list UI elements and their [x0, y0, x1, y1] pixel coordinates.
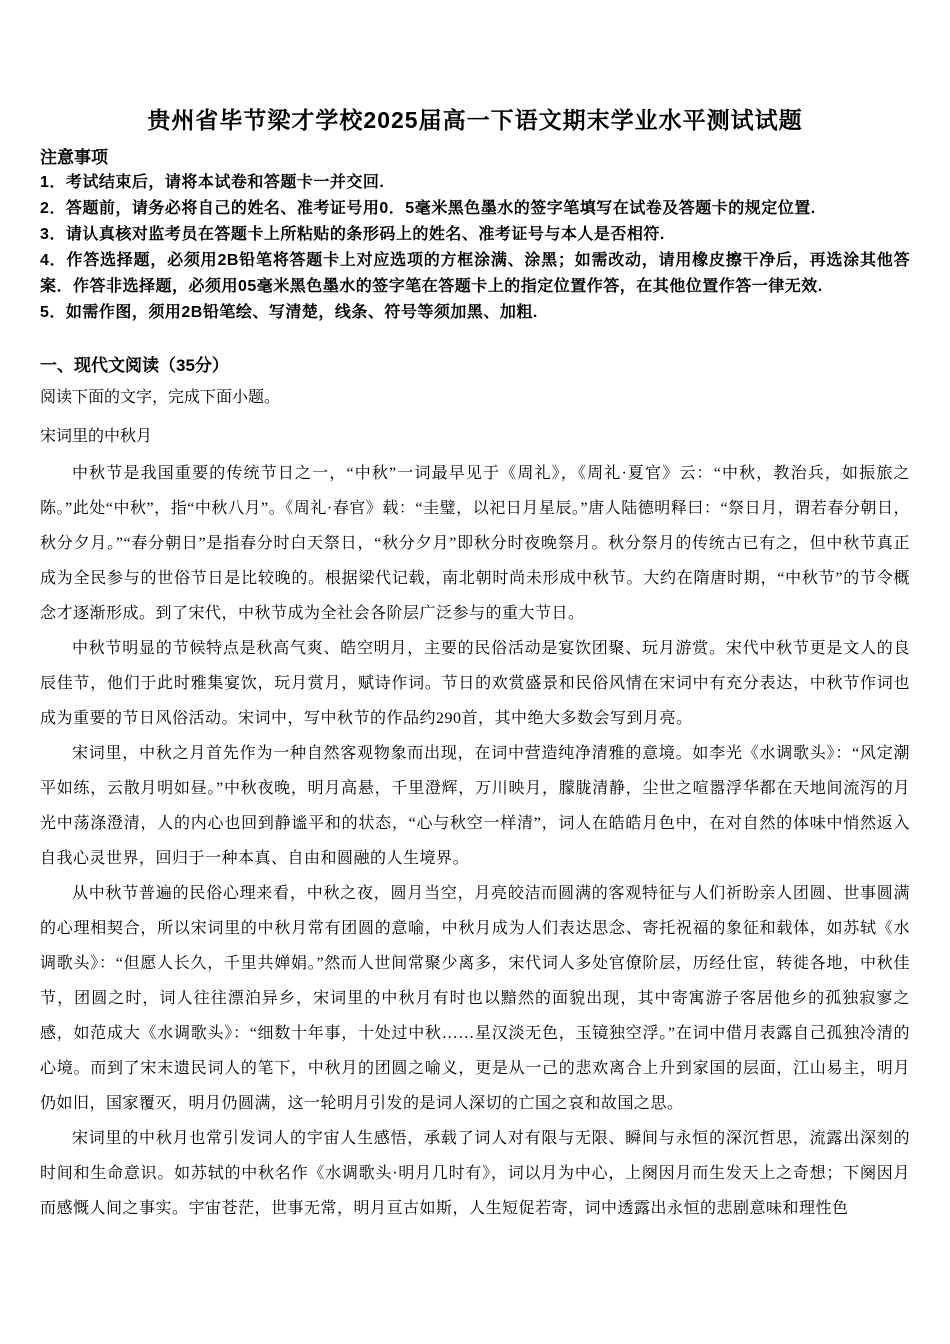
passage-body: 中秋节是我国重要的传统节日之一，“中秋”一词最早见于《周礼》，《周礼·夏官》云：…	[40, 456, 910, 1226]
passage-paragraph: 从中秋节普遍的民俗心理来看，中秋之夜，圆月当空，月亮皎洁而圆满的客观特征与人们祈…	[40, 876, 910, 1121]
notice-item: 3．请认真核对监考员在答题卡上所粘贴的条形码上的姓名、准考证号与本人是否相符.	[40, 222, 910, 248]
page-title: 贵州省毕节梁才学校2025届高一下语文期末学业水平测试试题	[40, 104, 910, 136]
passage-paragraph: 宋词里的中秋月也常引发词人的宇宙人生感悟，承载了词人对有限与无限、瞬间与永恒的深…	[40, 1121, 910, 1226]
passage-title: 宋词里的中秋月	[40, 426, 910, 448]
passage-paragraph: 宋词里，中秋之月首先作为一种自然客观物象而出现，在词中营造纯净清雅的意境。如李光…	[40, 736, 910, 876]
passage-paragraph: 中秋节是我国重要的传统节日之一，“中秋”一词最早见于《周礼》，《周礼·夏官》云：…	[40, 456, 910, 631]
notice-list: 1．考试结束后，请将本试卷和答题卡一并交回. 2．答题前，请务必将自己的姓名、准…	[40, 170, 910, 326]
passage-paragraph: 中秋节明显的节候特点是秋高气爽、皓空明月，主要的民俗活动是宴饮团聚、玩月游赏。宋…	[40, 631, 910, 736]
notice-item: 2．答题前，请务必将自己的姓名、准考证号用0．5毫米黑色墨水的签字笔填写在试卷及…	[40, 196, 910, 222]
reading-instruction: 阅读下面的文字，完成下面小题。	[40, 384, 910, 412]
notice-item: 5．如需作图，须用2B铅笔绘、写清楚，线条、符号等须加黑、加粗.	[40, 300, 910, 326]
notice-item: 4．作答选择题，必须用2B铅笔将答题卡上对应选项的方框涂满、涂黑；如需改动，请用…	[40, 248, 910, 300]
exam-paper-page: 贵州省毕节梁才学校2025届高一下语文期末学业水平测试试题 注意事项 1．考试结…	[0, 0, 950, 1344]
section-heading: 一、现代文阅读（35分）	[40, 354, 910, 378]
notice-heading: 注意事项	[40, 146, 910, 170]
notice-item: 1．考试结束后，请将本试卷和答题卡一并交回.	[40, 170, 910, 196]
